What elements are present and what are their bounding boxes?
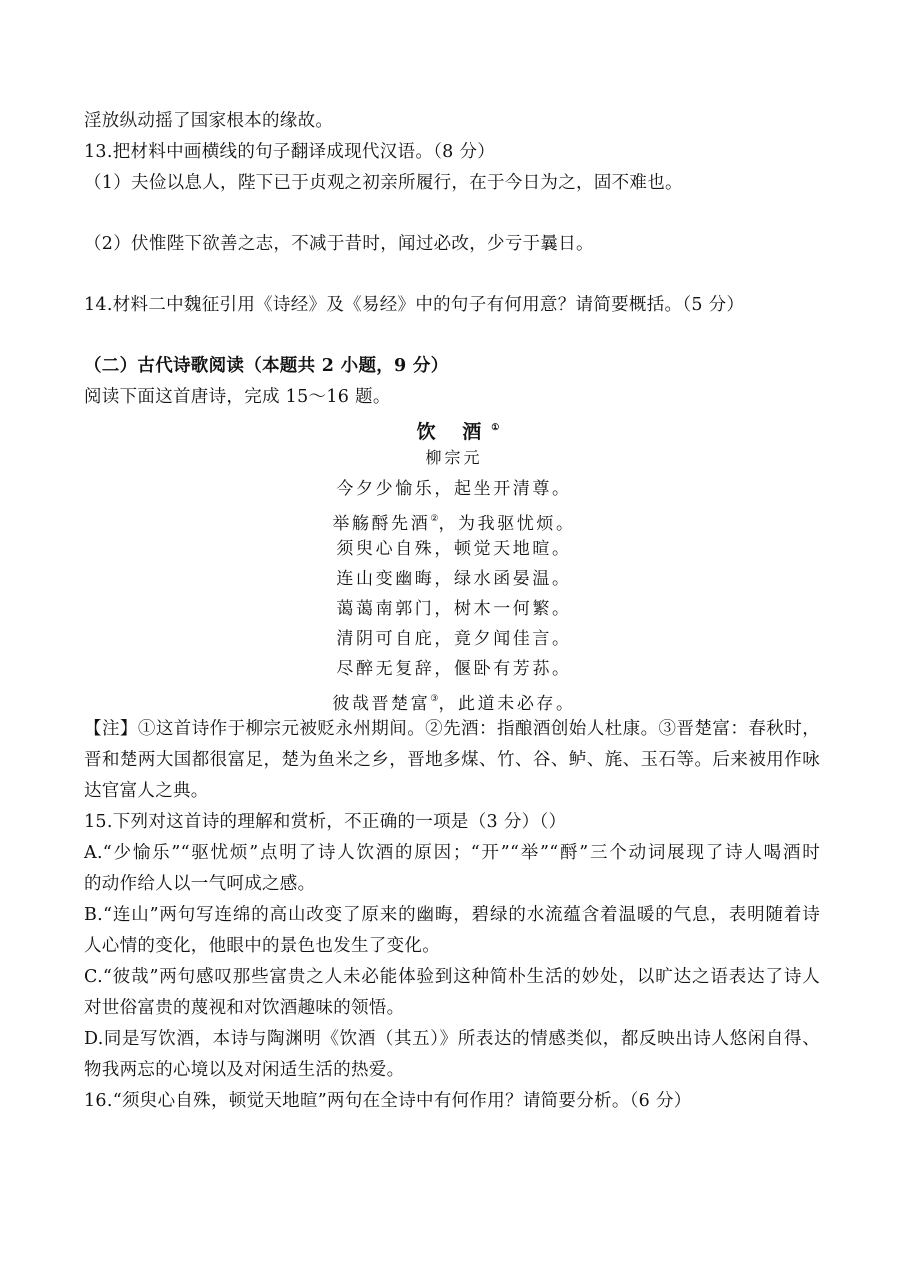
poem-line: 须臾心自殊，顿觉天地暄。 [84, 538, 824, 560]
option-b-line-1: B.“连山”两句写连绵的高山改变了原来的幽晦，碧绿的水流蕴含着温暖的气息，表明随… [84, 904, 820, 926]
option-d-line-2: 物我两忘的心境以及对闲适生活的热爱。 [84, 1059, 404, 1081]
poem-line: 清阴可自庇，竟夕闻佳言。 [84, 628, 824, 650]
poem-notes-line-3: 达官富人之典。 [84, 780, 209, 802]
poem-line-part: ，为我驱忧烦。 [438, 514, 575, 534]
poem-line-part: 彼哉晋楚富 [332, 694, 430, 714]
poem-notes-line-2: 晋和楚两大国都很富足，楚为鱼米之乡，晋地多煤、竹、谷、鲈、旄、玉石等。后来被用作… [84, 749, 820, 771]
option-b-line-2: 人心情的变化，他眼中的景色也发生了变化。 [84, 935, 440, 957]
option-c-line-1: C.“彼哉”两句感叹那些富贵之人未必能体验到这种简朴生活的妙处，以旷达之语表达了… [84, 966, 820, 988]
poem-line: 尽醉无复辞，偃卧有芳荪。 [84, 658, 824, 680]
poem-intro: 阅读下面这首唐诗，完成 15～16 题。 [84, 386, 391, 408]
option-c-line-2: 对世俗富贵的蔑视和对饮酒趣味的领悟。 [84, 997, 404, 1019]
poem-notes-line-1: 【注】①这首诗作于柳宗元被贬永州期间。②先酒：指酿酒创始人杜康。③晋楚富：春秋时… [84, 718, 820, 740]
option-a-line-1: A.“少愉乐”“驱忧烦”点明了诗人饮酒的原因；“开”“举”“酹”三个动词展现了诗… [84, 842, 820, 864]
question-14: 14.材料二中魏征引用《诗经》及《易经》中的句子有何用意？请简要概括。（5 分） [84, 294, 744, 316]
continuation-text: 淫放纵动摇了国家根本的缘故。 [84, 110, 333, 132]
option-a-line-2: 的动作给人以一气呵成之感。 [84, 873, 315, 895]
question-13-part-2: （2）伏惟陛下欲善之志，不减于昔时，闻过必改，少亏于曩日。 [84, 233, 594, 255]
footnote-marker: ① [491, 423, 499, 433]
poem-line: 彼哉晋楚富③，此道未必存。 [84, 688, 824, 715]
poem-line: 今夕少愉乐，起坐开清尊。 [84, 478, 824, 500]
option-d-line-1: D.同是写饮酒，本诗与陶渊明《饮酒（其五）》所表达的情感类似，都反映出诗人悠闲自… [84, 1028, 820, 1050]
question-15-title: 15.下列对这首诗的理解和赏析，不正确的一项是（3 分）（） [84, 811, 566, 833]
poem-title-text: 饮 酒 [417, 421, 492, 443]
poem-line: 举觞酹先酒②，为我驱忧烦。 [84, 508, 824, 535]
poem-line-part: ，此道未必存。 [438, 694, 575, 714]
poem-line-part: 举觞酹先酒 [332, 514, 430, 534]
section-title-poetry: （二）古代诗歌阅读（本题共 2 小题，9 分） [84, 355, 449, 377]
question-13-title: 13.把材料中画横线的句子翻译成现代汉语。（8 分） [84, 141, 495, 163]
poem-author: 柳宗元 [84, 447, 824, 469]
question-13-part-1: （1）夫俭以息人，陛下已于贞观之初亲所履行，在于今日为之，固不难也。 [84, 172, 683, 194]
poem-line: 连山变幽晦，绿水函晏温。 [84, 568, 824, 590]
poem-title: 饮 酒① [88, 416, 828, 444]
poem-line: 蔼蔼南郭门，树木一何繁。 [84, 598, 824, 620]
question-16: 16.“须臾心自殊，顿觉天地暄”两句在全诗中有何作用？请简要分析。（6 分） [84, 1090, 692, 1112]
